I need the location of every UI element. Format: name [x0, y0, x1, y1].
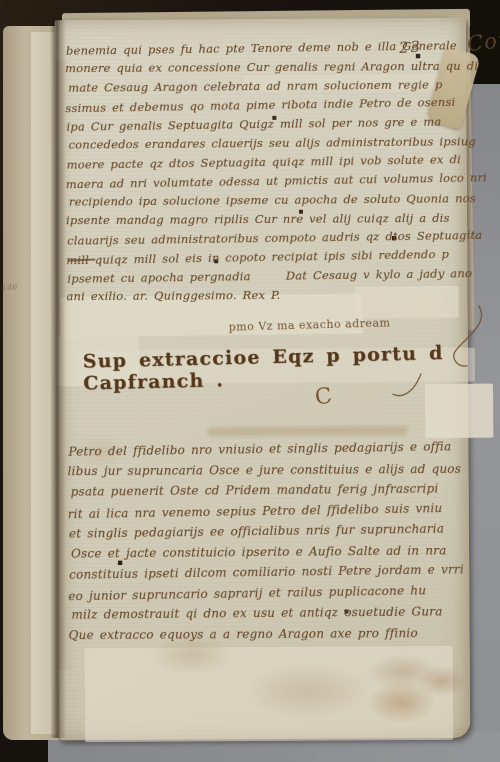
faded-erased-line	[207, 426, 407, 436]
repair-patch-right	[425, 384, 493, 438]
text-line: libus jur supruncaria Osce e jure consti…	[67, 458, 463, 481]
entry-1-text-block: benemia qui pses fu hac pte Tenore deme …	[65, 38, 461, 306]
repair-patch-bottom	[85, 646, 454, 742]
binding-gutter-shadow	[50, 20, 66, 738]
text-line: Que extracco equoys a a regno Aragon axe…	[68, 622, 464, 645]
heading-flourish	[387, 364, 427, 404]
entry-2-text-block: Petro del ffidelibo nro vniusio et singl…	[67, 438, 464, 645]
margin-annotation: 146	[2, 283, 18, 293]
manuscript-page: 23 Con benemia qui pses fu hac pte Tenor…	[55, 18, 470, 740]
archive-photo: 146 23 Con benemia qui pses fu hac pte T…	[0, 0, 500, 762]
text-line: milz demostrauit qi dno ex usu et antiqz…	[71, 601, 467, 625]
corner-scribble: Con	[466, 27, 500, 56]
text-line: ani exilio. ar. Quinggesimo. Rex P.	[66, 285, 460, 306]
paraph-mark: C	[313, 384, 333, 411]
